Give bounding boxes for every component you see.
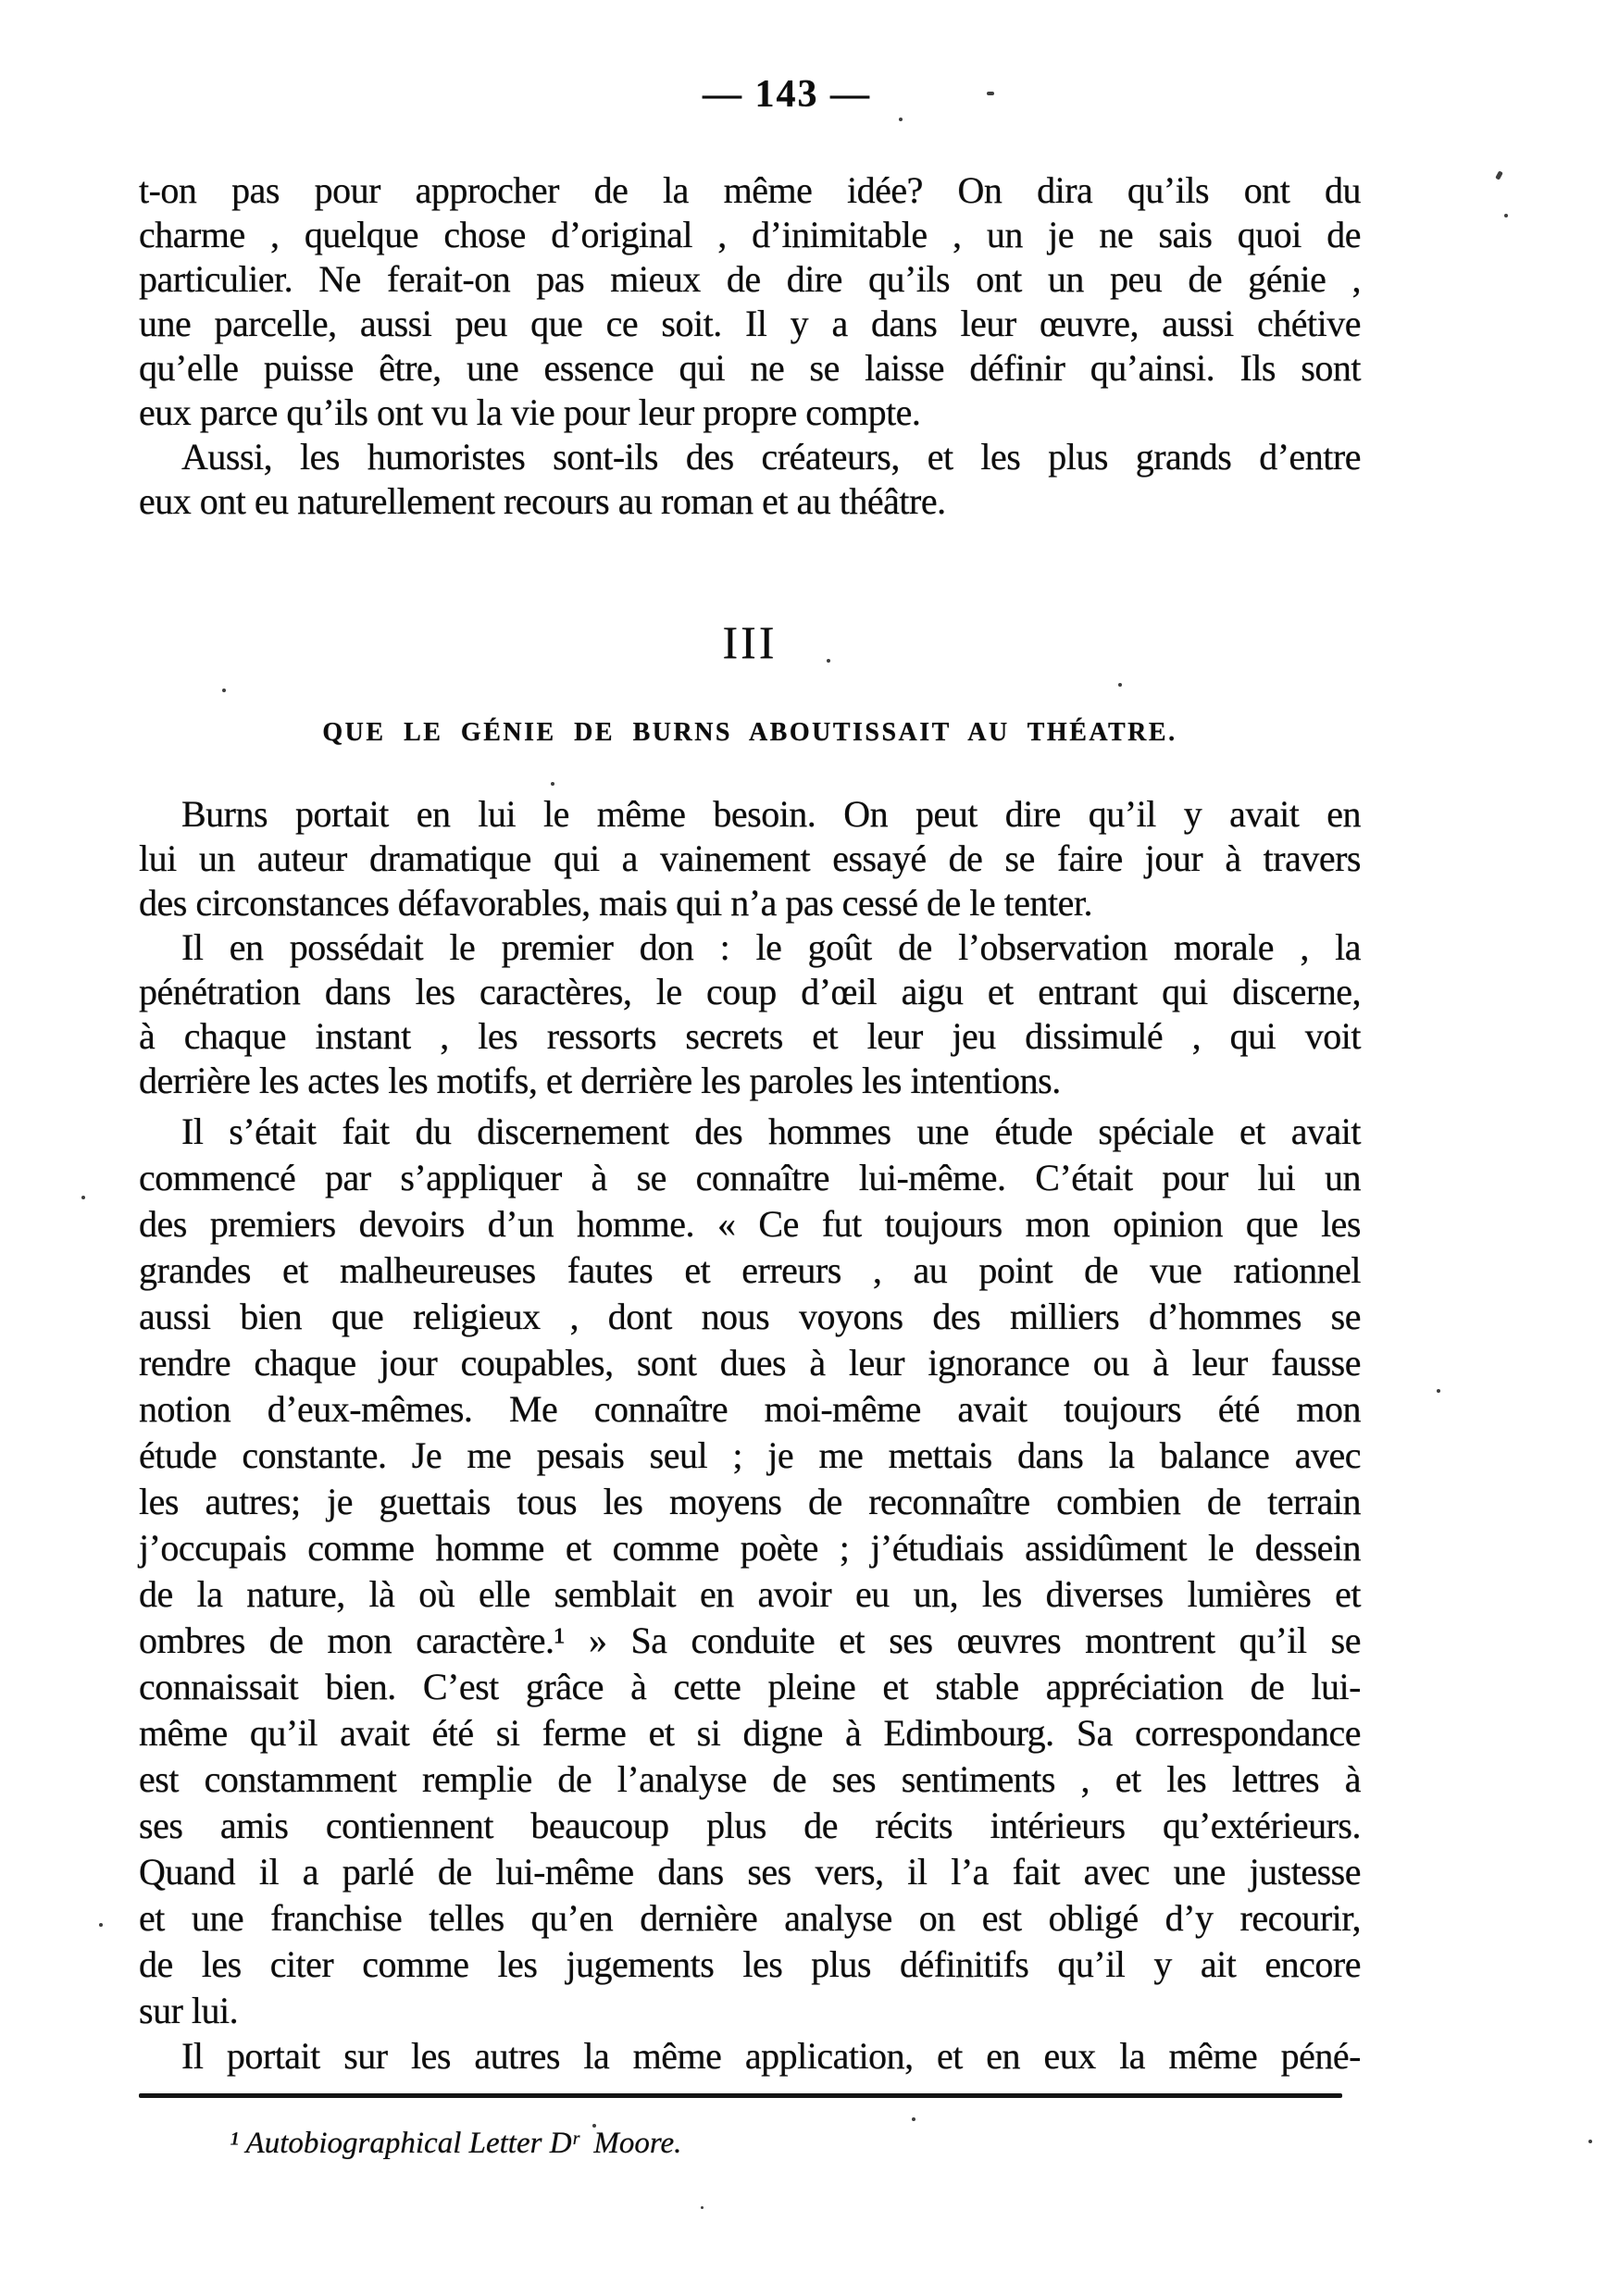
text-line: pénétration dans les caractères, le coup… xyxy=(139,970,1361,1014)
text-line: particulier. Ne ferait-on pas mieux de d… xyxy=(139,257,1361,302)
text-line: eux ont eu naturellement recours au roma… xyxy=(139,479,1361,524)
text-line: grandes et malheureuses fautes et erreur… xyxy=(139,1247,1361,1294)
section-numeral: III xyxy=(139,618,1361,666)
text-line: étude constante. Je me pesais seul ; je … xyxy=(139,1433,1361,1479)
text-line: Il portait sur les autres la même applic… xyxy=(139,2034,1361,2079)
text-column: t-on pas pour approcher de la même idée?… xyxy=(139,168,1361,2163)
text-line: à chaque instant , les ressorts secrets … xyxy=(139,1014,1361,1059)
text-line: ses amis contiennent beaucoup plus de ré… xyxy=(139,1803,1361,1849)
text-line: notion d’eux-mêmes. Me connaître moi-mêm… xyxy=(139,1386,1361,1433)
paragraph-6: Il portait sur les autres la même applic… xyxy=(139,2034,1361,2079)
scan-speck xyxy=(1588,2140,1592,2143)
text-line: qu’elle puisse être, une essence qui ne … xyxy=(139,346,1361,391)
text-line: Il en possédait le premier don : le goût… xyxy=(139,925,1361,970)
text-line: de les citer comme les jugements les plu… xyxy=(139,1942,1361,1988)
text-line: commencé par s’appliquer à se connaître … xyxy=(139,1155,1361,1201)
paragraph-5: Il s’était fait du discernement des homm… xyxy=(139,1109,1361,2034)
text-line: Burns portait en lui le même besoin. On … xyxy=(139,792,1361,837)
paragraph-1: t-on pas pour approcher de la même idée?… xyxy=(139,168,1361,435)
scan-speck xyxy=(827,659,830,663)
text-line: Quand il a parlé de lui-même dans ses ve… xyxy=(139,1849,1361,1895)
text-line: est constamment remplie de l’analyse de … xyxy=(139,1756,1361,1803)
scan-speck xyxy=(1504,214,1508,217)
text-line: lui un auteur dramatique qui a vainement… xyxy=(139,837,1361,881)
chapter-heading: QUE LE GÉNIE DE BURNS ABOUTISSAIT AU THÉ… xyxy=(139,716,1361,750)
text-line: sur lui. xyxy=(139,1988,1361,2034)
text-line: des circonstances défavorables, mais qui… xyxy=(139,881,1361,925)
text-line: rendre chaque jour coupables, sont dues … xyxy=(139,1340,1361,1386)
paragraph-4: Il en possédait le premier don : le goût… xyxy=(139,925,1361,1103)
scan-speck xyxy=(899,118,903,121)
footnote-divider xyxy=(139,2093,1342,2098)
text-line: Aussi, les humoristes sont-ils des créat… xyxy=(139,435,1361,479)
paragraph-3: Burns portait en lui le même besoin. On … xyxy=(139,792,1361,925)
text-line: une parcelle, aussi peu que ce soit. Il … xyxy=(139,302,1361,346)
page-number: — 143 — xyxy=(0,72,1574,117)
text-line: j’occupais comme homme et comme poète ; … xyxy=(139,1525,1361,1571)
scan-speck xyxy=(701,2206,704,2209)
scan-speck xyxy=(1118,683,1122,687)
text-line: les autres; je guettais tous les moyens … xyxy=(139,1479,1361,1525)
text-line: aussi bien que religieux , dont nous voy… xyxy=(139,1294,1361,1340)
text-line: derrière les actes les motifs, et derriè… xyxy=(139,1059,1361,1103)
text-line: connaissait bien. C’est grâce à cette pl… xyxy=(139,1664,1361,1710)
paragraph-2: Aussi, les humoristes sont-ils des créat… xyxy=(139,435,1361,524)
scan-speck xyxy=(1495,170,1503,180)
scan-speck xyxy=(912,2117,915,2121)
text-line: charme , quelque chose d’original , d’in… xyxy=(139,213,1361,257)
footnote: ¹ Autobiographical Letter Dʳ Moore. xyxy=(230,2124,1361,2163)
scan-speck xyxy=(99,1923,103,1927)
text-line: de la nature, là où elle semblait en avo… xyxy=(139,1571,1361,1618)
scan-speck xyxy=(1437,1389,1440,1393)
scan-speck xyxy=(222,689,226,692)
text-line: et une franchise telles qu’en dernière a… xyxy=(139,1895,1361,1942)
text-line: eux parce qu’ils ont vu la vie pour leur… xyxy=(139,391,1361,435)
scan-speck xyxy=(551,782,554,786)
text-line: même qu’il avait été si ferme et si dign… xyxy=(139,1710,1361,1756)
text-line: des premiers devoirs d’un homme. « Ce fu… xyxy=(139,1201,1361,1247)
scan-speck xyxy=(592,2124,596,2128)
text-line: Il s’était fait du discernement des homm… xyxy=(139,1109,1361,1155)
text-line: t-on pas pour approcher de la même idée?… xyxy=(139,168,1361,213)
scan-speck xyxy=(987,92,994,95)
scan-speck xyxy=(81,1196,85,1199)
text-line: ombres de mon caractère.¹ » Sa conduite … xyxy=(139,1618,1361,1664)
scanned-book-page: — 143 — t-on pas pour approcher de la mê… xyxy=(0,0,1619,2296)
